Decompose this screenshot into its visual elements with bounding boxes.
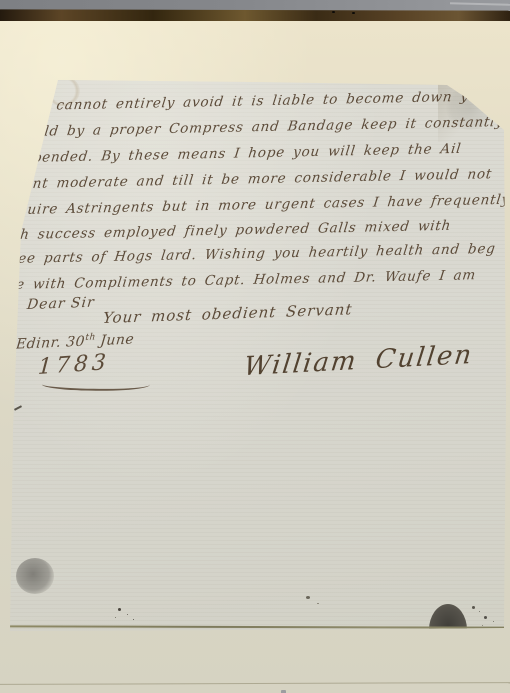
ink-tick-left-edge: [14, 405, 22, 411]
signature: William Cullen: [242, 340, 475, 382]
ink-specks: [306, 596, 310, 599]
letter-line: ould by a proper Compress and Bandage ke…: [25, 114, 505, 140]
letter-line: th success employed finely powdered Gall…: [13, 218, 452, 243]
letter-line: ou cannot entirely avoid it is liable to…: [29, 88, 488, 114]
letter-line: ree parts of Hogs lard. Wishing you hear…: [10, 241, 497, 267]
letter-line: quire Astringents but in more urgent cas…: [17, 192, 510, 218]
ink-blot-bottom-left: [16, 558, 54, 594]
letter-line: spended. By these means I hope you will …: [24, 141, 462, 166]
dateline: Edinr. 30th June: [15, 331, 135, 353]
letter-bottom-edge: [8, 625, 506, 628]
dateline-month: June: [95, 331, 135, 349]
page-edge-highlight: [450, 2, 510, 6]
salutation: Dear Sir: [26, 295, 95, 313]
ink-specks: [118, 608, 121, 611]
letter-line: le with Compliments to Capt. Holmes and …: [10, 267, 477, 293]
album-crease-line: [0, 682, 510, 685]
manuscript-photo-stage: ou cannot entirely avoid it is liable to…: [0, 0, 510, 693]
year-flourish-stroke: [42, 376, 150, 393]
ink-scratches-bottom-right: [472, 606, 475, 609]
valediction: Your most obedient Servant: [102, 300, 353, 327]
letter-paper: ou cannot entirely avoid it is liable to…: [0, 0, 510, 693]
dateline-place-day: Edinr. 30: [15, 334, 86, 353]
letter-line: ent moderate and till it be more conside…: [23, 166, 493, 192]
binding-speck: [352, 12, 355, 14]
binding-speck: [332, 11, 335, 13]
